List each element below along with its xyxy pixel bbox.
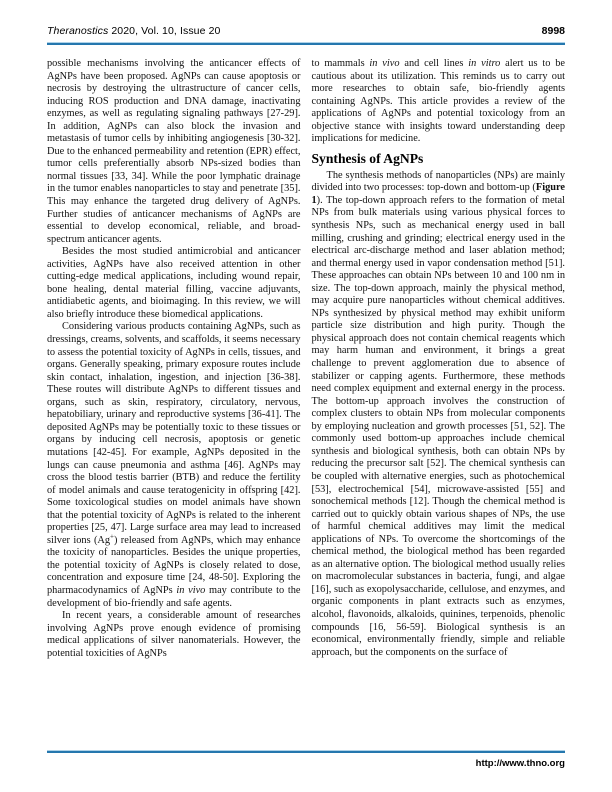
journal-page: Theranostics 2020, Vol. 10, Issue 20 899… bbox=[0, 0, 612, 792]
paragraph: In recent years, a considerable amount o… bbox=[47, 610, 301, 660]
journal-url-link[interactable]: http://www.thno.org bbox=[476, 758, 565, 769]
paragraph: The synthesis methods of nanoparticles (… bbox=[312, 170, 566, 659]
left-column: possible mechanisms involving the antica… bbox=[47, 58, 301, 748]
page-number: 8998 bbox=[542, 25, 565, 37]
paragraph: Considering various products containing … bbox=[47, 321, 301, 610]
paragraph: Besides the most studied antimicrobial a… bbox=[47, 246, 301, 321]
header-divider bbox=[47, 42, 565, 45]
right-column: to mammals in vivo and cell lines in vit… bbox=[312, 58, 566, 748]
paragraph: to mammals in vivo and cell lines in vit… bbox=[312, 58, 566, 146]
article-body: possible mechanisms involving the antica… bbox=[47, 58, 565, 748]
footer-divider bbox=[47, 750, 565, 753]
paragraph: possible mechanisms involving the antica… bbox=[47, 58, 301, 246]
section-heading-synthesis: Synthesis of AgNPs bbox=[312, 151, 566, 167]
journal-title: Theranostics 2020, Vol. 10, Issue 20 bbox=[47, 25, 220, 37]
page-header: Theranostics 2020, Vol. 10, Issue 20 899… bbox=[47, 25, 565, 37]
